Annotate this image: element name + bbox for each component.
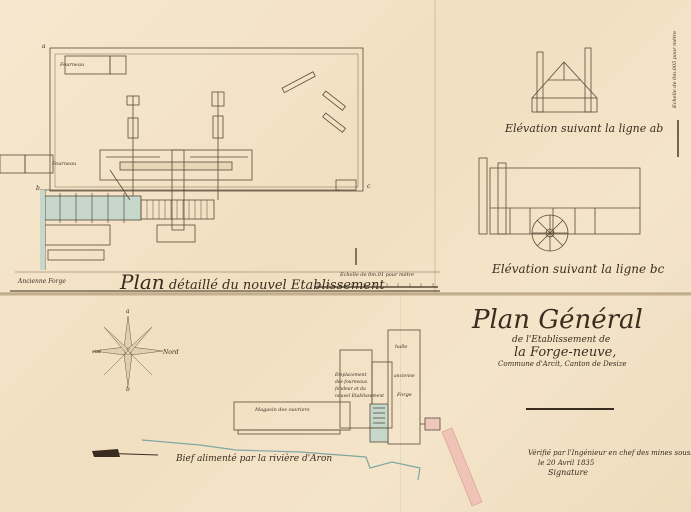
scale-label-plan: Echelle de 0m.01 pour mètre	[340, 272, 414, 278]
drawing-linework	[0, 0, 691, 512]
compass-bottom-letter: b	[126, 386, 130, 393]
compass-rose-drawing	[93, 316, 163, 386]
signature-line-3: Signature	[548, 468, 691, 478]
pink-road	[442, 428, 482, 506]
flow-arrow	[92, 449, 158, 457]
label-halle: halle	[395, 344, 407, 350]
detailed-plan-title-word: Plan	[120, 270, 165, 294]
label-ancienne: ancienne	[394, 374, 415, 379]
point-c-label: c	[367, 183, 370, 190]
title-line-2: de l'Etablissement de	[512, 335, 643, 345]
signature-line-1: Vérifié par l'Ingénieur en chef des mine…	[528, 448, 691, 458]
label-emplacement: Emplacement des fourneaux fendeur et du …	[335, 372, 384, 400]
compass-nord-label: Nord	[163, 349, 179, 356]
elevation-bc-caption: Elévation suivant la ligne bc	[492, 262, 664, 276]
label-forge: Forge	[397, 392, 412, 398]
emplacement-line-3: fendeur et du	[335, 386, 384, 393]
compass-sud-label: sud	[92, 349, 101, 355]
label-fourneau-top: Fourneau	[60, 62, 84, 68]
drawing-sheet: Fourneau Fourneau a b c Ancienne Forge P…	[0, 0, 691, 512]
signature-block: Vérifié par l'Ingénieur en chef des mine…	[528, 448, 691, 478]
title-line-1: Plan Général	[472, 305, 643, 335]
emplacement-line-2: des fourneaux	[335, 379, 384, 386]
point-a-label: a	[42, 43, 46, 50]
scale-label-elevation: Echelle de 0m.005 pour mètre	[672, 31, 678, 108]
signature-line-2: le 20 Avril 1835	[538, 458, 691, 468]
emplacement-line-4: nouvel Etablissement	[335, 393, 384, 400]
elevation-ab-drawing	[532, 48, 597, 112]
label-ancienne-forge: Ancienne Forge	[18, 278, 66, 285]
label-magasin: Magasin des ouvriers	[255, 407, 310, 413]
label-bief: Bief alimenté par la rivière d'Aron	[176, 454, 332, 464]
point-b-label: b	[36, 185, 40, 192]
title-line-4: Commune d'Arcit, Canton de Desize	[498, 360, 643, 368]
detailed-plan-title-rest: détaillé du nouvel Etablissement	[169, 278, 385, 293]
general-plan-title: Plan Général de l'Etablissement de la Fo…	[472, 305, 643, 368]
emplacement-line-1: Emplacement	[335, 372, 384, 379]
title-underline	[526, 408, 614, 410]
title-line-3: la Forge-neuve,	[514, 345, 643, 360]
elevation-ab-caption: Elévation suivant la ligne ab	[505, 122, 663, 135]
elevation-bc-drawing	[479, 120, 678, 251]
water-wheel-channel	[40, 170, 214, 270]
compass-top-letter: a	[126, 308, 130, 315]
label-fourneau-left: Fourneau	[52, 161, 76, 167]
